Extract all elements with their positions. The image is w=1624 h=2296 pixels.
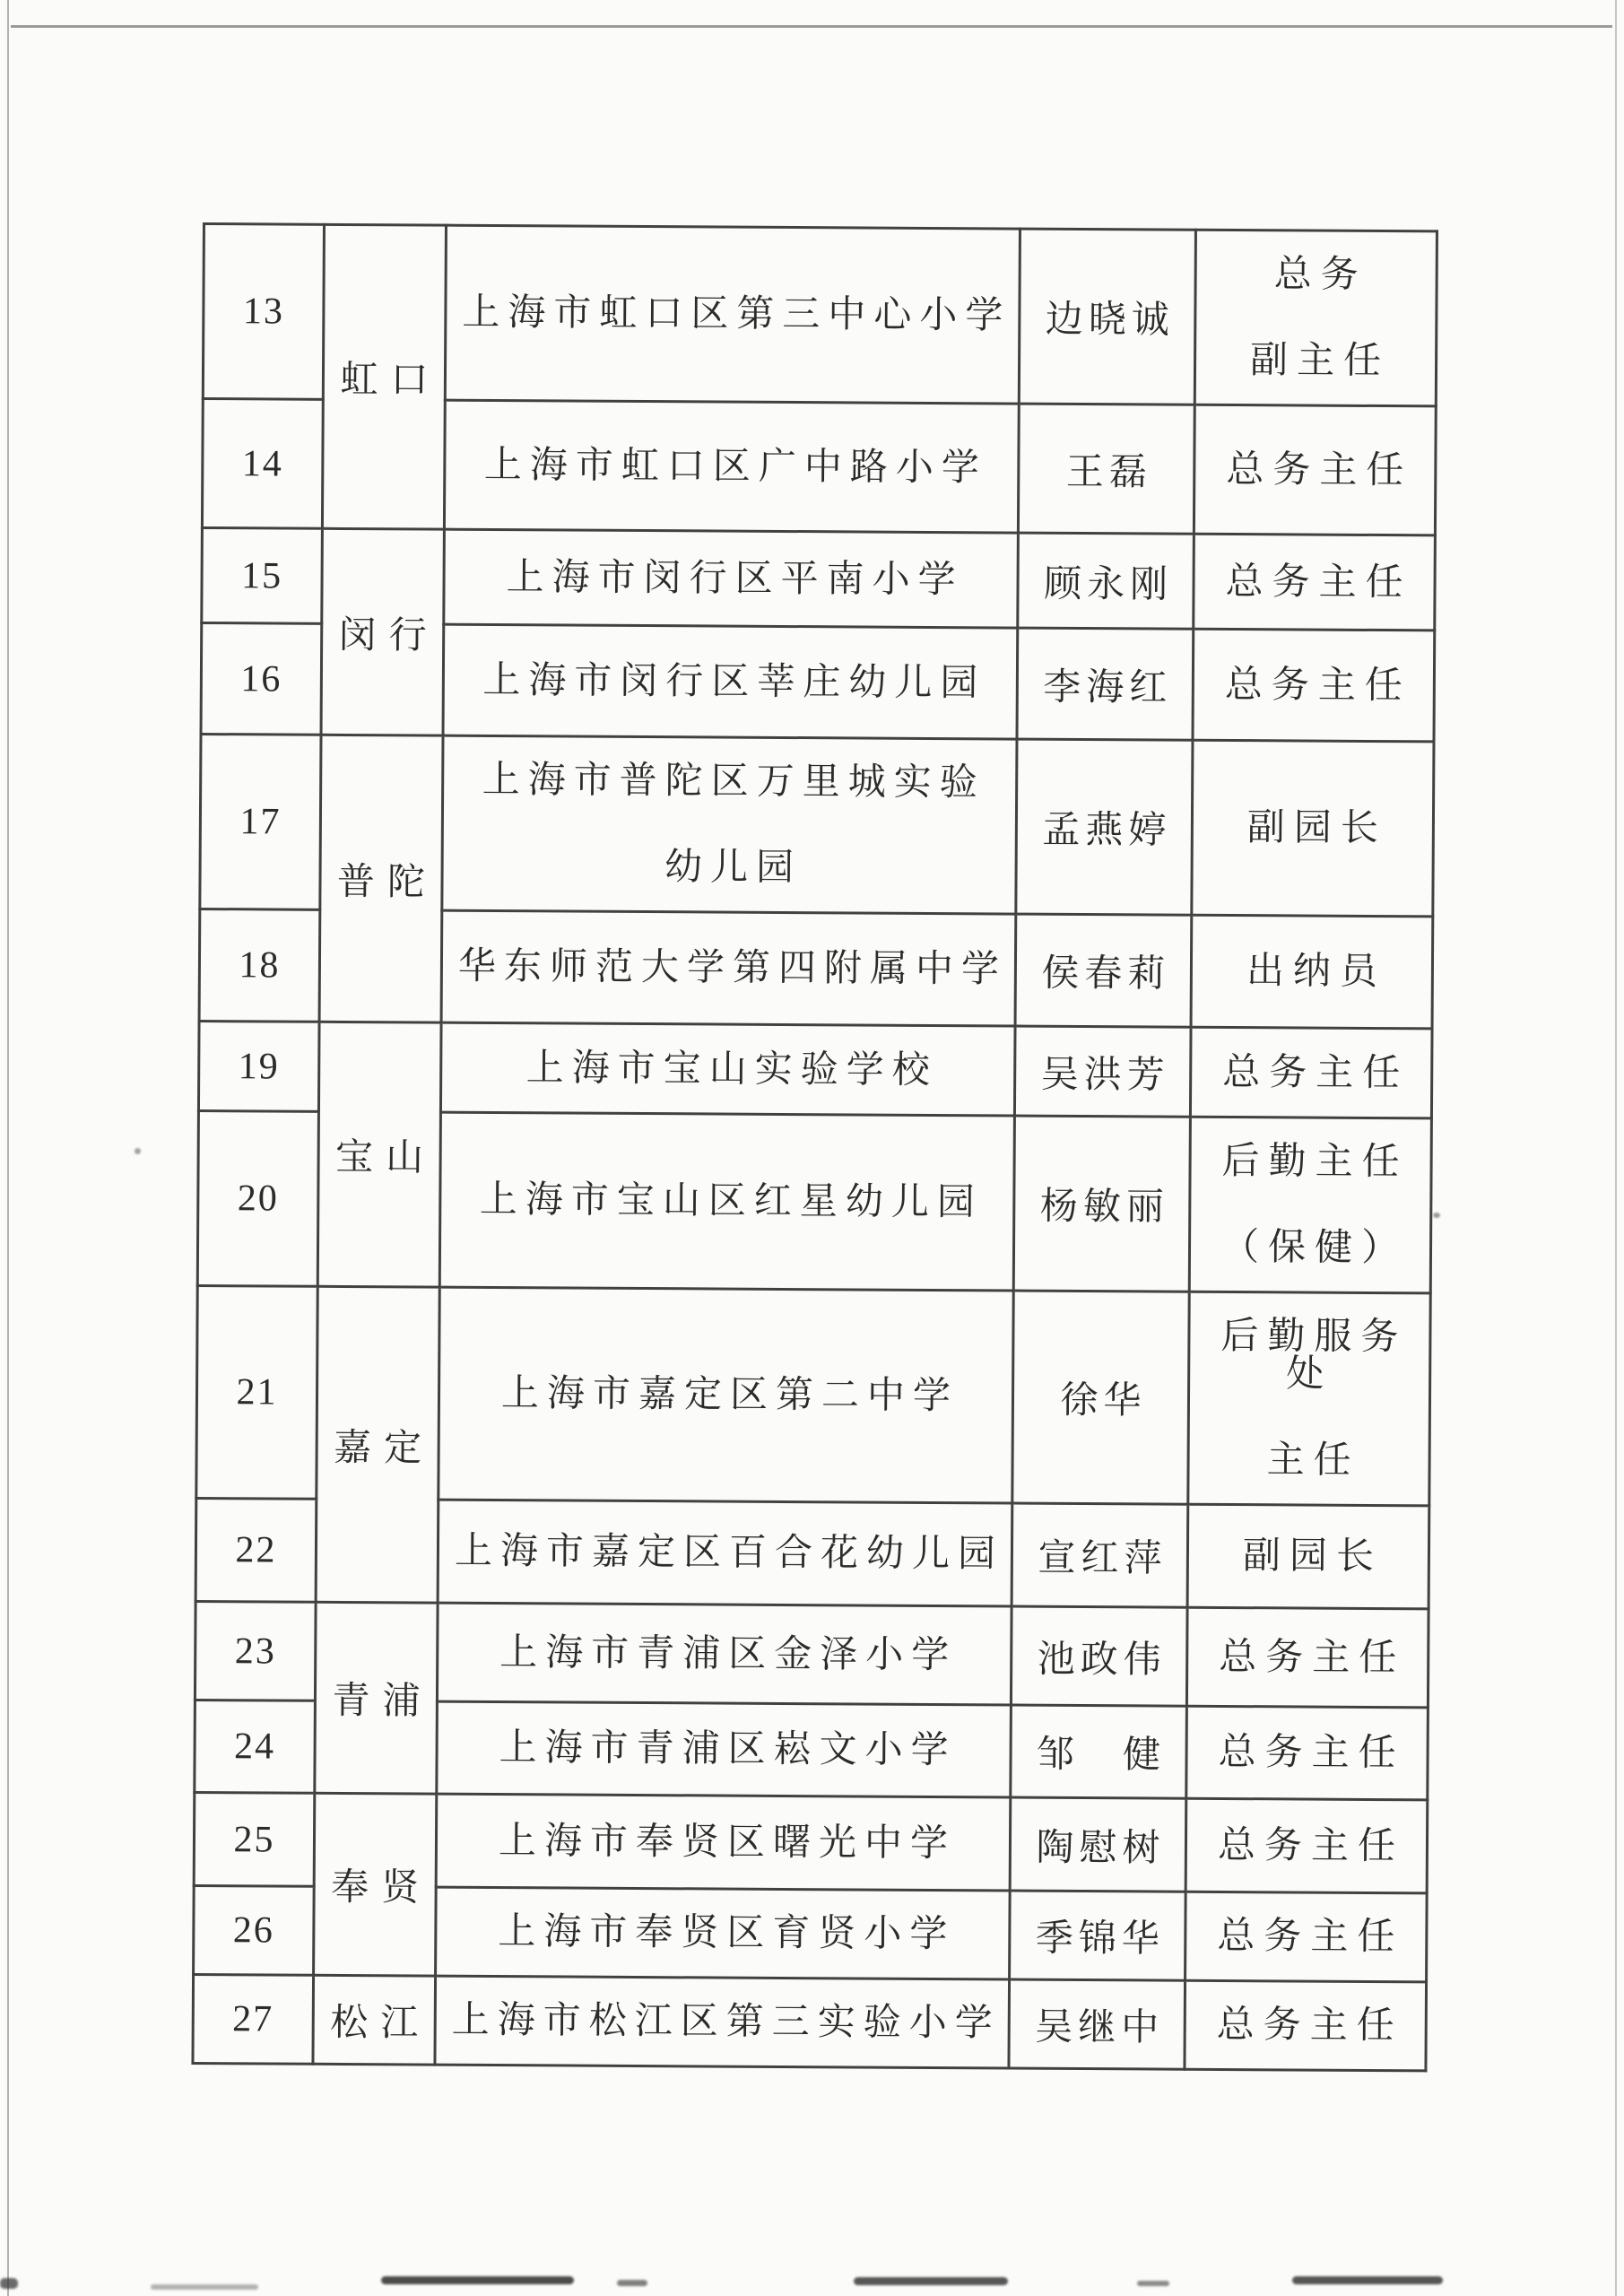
table-row: 19宝山上海市宝山实验学校吴洪芳总务主任 (198, 1021, 1432, 1118)
row-number-cell: 25 (194, 1792, 315, 1886)
page-border-right (1615, 0, 1617, 2296)
person-name-cell: 孟燕婷 (1016, 739, 1193, 915)
school-cell: 上海市嘉定区百合花幼儿园 (438, 1500, 1012, 1606)
person-name-cell: 宣红萍 (1012, 1503, 1188, 1607)
job-title-cell: 总务主任 (1193, 629, 1435, 742)
job-title-cell-line: 总务主任 (1187, 1709, 1427, 1797)
school-cell-line: 上海市嘉定区百合花幼儿园 (439, 1509, 1012, 1598)
scanned-page: 13虹口上海市虹口区第三中心小学边晓诚总务副主任14上海市虹口区广中路小学王磊总… (0, 0, 1624, 2296)
table-row: 15闵行上海市闵行区平南小学顾永刚总务主任 (202, 528, 1436, 631)
scan-speck (135, 1148, 141, 1154)
table-row: 25奉贤上海市奉贤区曙光中学陶慰树总务主任 (194, 1792, 1428, 1892)
school-cell: 上海市奉贤区育贤小学 (436, 1887, 1011, 1979)
scan-speck (1433, 1213, 1440, 1218)
row-number-cell: 16 (201, 623, 322, 735)
school-cell: 上海市虹口区第三中心小学 (445, 225, 1020, 404)
job-title-cell-line: 副主任 (1196, 317, 1436, 405)
job-title-cell-line: 总务主任 (1192, 1029, 1431, 1117)
job-title-cell-line: 后勤主任 (1191, 1118, 1430, 1206)
person-name-cell: 邹 健 (1011, 1705, 1187, 1798)
scan-smudge (617, 2280, 647, 2286)
person-name-cell: 杨敏丽 (1013, 1116, 1190, 1291)
school-cell-line: 华东师范大学第四附属中学 (443, 924, 1015, 1013)
job-title-cell: 出纳员 (1191, 915, 1433, 1029)
person-name-cell: 吴洪芳 (1014, 1026, 1191, 1117)
person-name-cell: 王磊 (1018, 404, 1194, 534)
job-title-cell-line: 总务主任 (1194, 538, 1434, 626)
job-title-cell-line: 后勤服务处 (1190, 1293, 1429, 1419)
school-cell: 上海市闵行区平南小学 (444, 529, 1019, 628)
district-cell: 虹口 (322, 224, 446, 529)
school-cell: 上海市青浦区金泽小学 (437, 1603, 1012, 1705)
person-name-cell: 池政伟 (1011, 1606, 1187, 1706)
row-number-cell: 14 (202, 399, 323, 529)
school-cell-line: 上海市虹口区广中路小学 (446, 422, 1018, 511)
school-cell: 上海市奉贤区曙光中学 (436, 1794, 1011, 1891)
table-row: 17普陀上海市普陀区万里城实验幼儿园孟燕婷副园长 (200, 734, 1434, 916)
job-title-cell: 总务主任 (1185, 1798, 1428, 1893)
row-number-cell: 19 (198, 1021, 319, 1111)
person-name-cell: 吴继中 (1009, 1979, 1185, 2069)
scan-smudge (1292, 2276, 1443, 2284)
scan-smudge (1137, 2281, 1169, 2286)
job-title-cell: 总务主任 (1194, 404, 1436, 535)
page-border-left (7, 0, 9, 2296)
school-cell-line: 上海市闵行区平南小学 (445, 534, 1017, 623)
school-cell: 上海市嘉定区第二中学 (439, 1287, 1013, 1503)
job-title-cell-line: 总务主任 (1186, 1893, 1426, 1981)
job-title-cell-line: （保健） (1191, 1205, 1430, 1292)
school-cell-line: 上海市闵行区莘庄幼儿园 (445, 637, 1017, 726)
school-cell-line: 上海市奉贤区曙光中学 (438, 1797, 1010, 1887)
job-title-cell-line: 副园长 (1189, 1513, 1429, 1601)
school-cell-line: 上海市嘉定区第二中学 (440, 1351, 1012, 1440)
row-number-cell: 17 (200, 734, 321, 909)
table-row: 23青浦上海市青浦区金泽小学池政伟总务主任 (195, 1601, 1429, 1707)
district-cell: 宝山 (317, 1022, 441, 1287)
job-title-cell: 总务主任 (1190, 1027, 1432, 1118)
school-cell-line: 上海市宝山实验学校 (442, 1024, 1014, 1114)
school-cell: 上海市青浦区崧文小学 (437, 1701, 1012, 1797)
person-name-cell: 季锦华 (1010, 1891, 1186, 1980)
scan-smudge (854, 2277, 1008, 2285)
row-number-cell: 22 (195, 1498, 317, 1602)
job-title-cell: 总务主任 (1186, 1706, 1429, 1800)
job-title-cell: 副园长 (1192, 740, 1434, 917)
school-cell: 上海市闵行区莘庄幼儿园 (443, 624, 1018, 739)
district-cell: 奉贤 (314, 1793, 437, 1976)
job-title-cell-line: 总务主任 (1195, 426, 1435, 514)
job-title-cell-line: 总务主任 (1185, 1982, 1425, 2070)
job-title-cell: 总务主任 (1185, 1980, 1427, 2071)
row-number-cell: 27 (193, 1974, 314, 2064)
row-number-cell: 23 (195, 1601, 316, 1700)
job-title-cell-line: 总务主任 (1187, 1802, 1427, 1890)
table-row: 27松江上海市松江区第三实验小学吴继中总务主任 (193, 1974, 1427, 2070)
table-row: 13虹口上海市虹口区第三中心小学边晓诚总务副主任 (203, 224, 1437, 406)
job-title-cell-line: 出纳员 (1193, 928, 1432, 1016)
job-title-cell: 总务主任 (1194, 534, 1436, 631)
job-title-cell-line: 副园长 (1194, 785, 1433, 873)
table-row: 21嘉定上海市嘉定区第二中学徐华后勤服务处主任 (196, 1285, 1430, 1505)
school-cell-line: 幼儿园 (443, 823, 1015, 913)
person-name-cell: 顾永刚 (1018, 533, 1194, 629)
school-cell: 上海市宝山区红星幼儿园 (439, 1112, 1014, 1291)
job-title-cell-line: 总务主任 (1194, 641, 1434, 729)
scan-smudge (151, 2284, 258, 2290)
person-name-cell: 侯春莉 (1015, 914, 1192, 1027)
district-cell: 青浦 (315, 1602, 438, 1794)
row-number-cell: 20 (197, 1110, 318, 1286)
school-cell: 上海市虹口区广中路小学 (444, 400, 1019, 533)
job-title-cell-line: 总务主任 (1188, 1613, 1428, 1701)
school-cell-line: 上海市虹口区第三中心小学 (447, 270, 1019, 360)
person-name-cell: 边晓诚 (1019, 229, 1195, 404)
job-title-cell: 总务主任 (1185, 1892, 1428, 1982)
scan-smudge (381, 2276, 574, 2284)
job-title-cell-line: 主任 (1189, 1417, 1429, 1505)
job-title-cell: 总务主任 (1186, 1607, 1429, 1708)
row-number-cell: 21 (196, 1285, 317, 1499)
row-number-cell: 18 (199, 909, 320, 1022)
school-cell-line: 上海市青浦区金泽小学 (439, 1609, 1011, 1699)
school-cell-line: 上海市松江区第三实验小学 (436, 1978, 1008, 2067)
school-cell-line: 上海市宝山区红星幼儿园 (441, 1157, 1013, 1247)
row-number-cell: 26 (194, 1885, 315, 1975)
page-border-top (11, 25, 1612, 28)
school-cell: 上海市松江区第三实验小学 (435, 1976, 1010, 2068)
roster-table: 13虹口上海市虹口区第三中心小学边晓诚总务副主任14上海市虹口区广中路小学王磊总… (191, 222, 1438, 2072)
roster-table-wrapper: 13虹口上海市虹口区第三中心小学边晓诚总务副主任14上海市虹口区广中路小学王磊总… (191, 222, 1438, 2072)
district-cell: 嘉定 (316, 1286, 439, 1603)
row-number-cell: 13 (203, 224, 324, 400)
person-name-cell: 徐华 (1012, 1291, 1189, 1504)
school-cell-line: 上海市奉贤区育贤小学 (437, 1889, 1009, 1979)
school-cell: 华东师范大学第四附属中学 (441, 910, 1016, 1026)
row-number-cell: 15 (202, 528, 323, 624)
job-title-cell: 后勤服务处主任 (1188, 1291, 1430, 1506)
scan-smudge (0, 2278, 18, 2289)
row-number-cell: 24 (195, 1700, 316, 1793)
district-cell: 普陀 (319, 735, 443, 1022)
person-name-cell: 李海红 (1017, 628, 1194, 740)
school-cell-line: 上海市青浦区崧文小学 (438, 1705, 1010, 1795)
district-cell: 松江 (313, 1975, 436, 2065)
school-cell: 上海市普陀区万里城实验幼儿园 (442, 735, 1017, 914)
school-cell: 上海市宝山实验学校 (440, 1022, 1015, 1116)
job-title-cell-line: 总务 (1196, 231, 1436, 319)
job-title-cell: 后勤主任（保健） (1189, 1117, 1431, 1293)
job-title-cell: 总务副主任 (1194, 230, 1437, 406)
school-cell-line: 上海市普陀区万里城实验 (444, 737, 1016, 827)
person-name-cell: 陶慰树 (1010, 1797, 1186, 1892)
roster-table-body: 13虹口上海市虹口区第三中心小学边晓诚总务副主任14上海市虹口区广中路小学王磊总… (193, 224, 1437, 2071)
district-cell: 闵行 (321, 528, 444, 735)
job-title-cell: 副园长 (1187, 1504, 1429, 1609)
